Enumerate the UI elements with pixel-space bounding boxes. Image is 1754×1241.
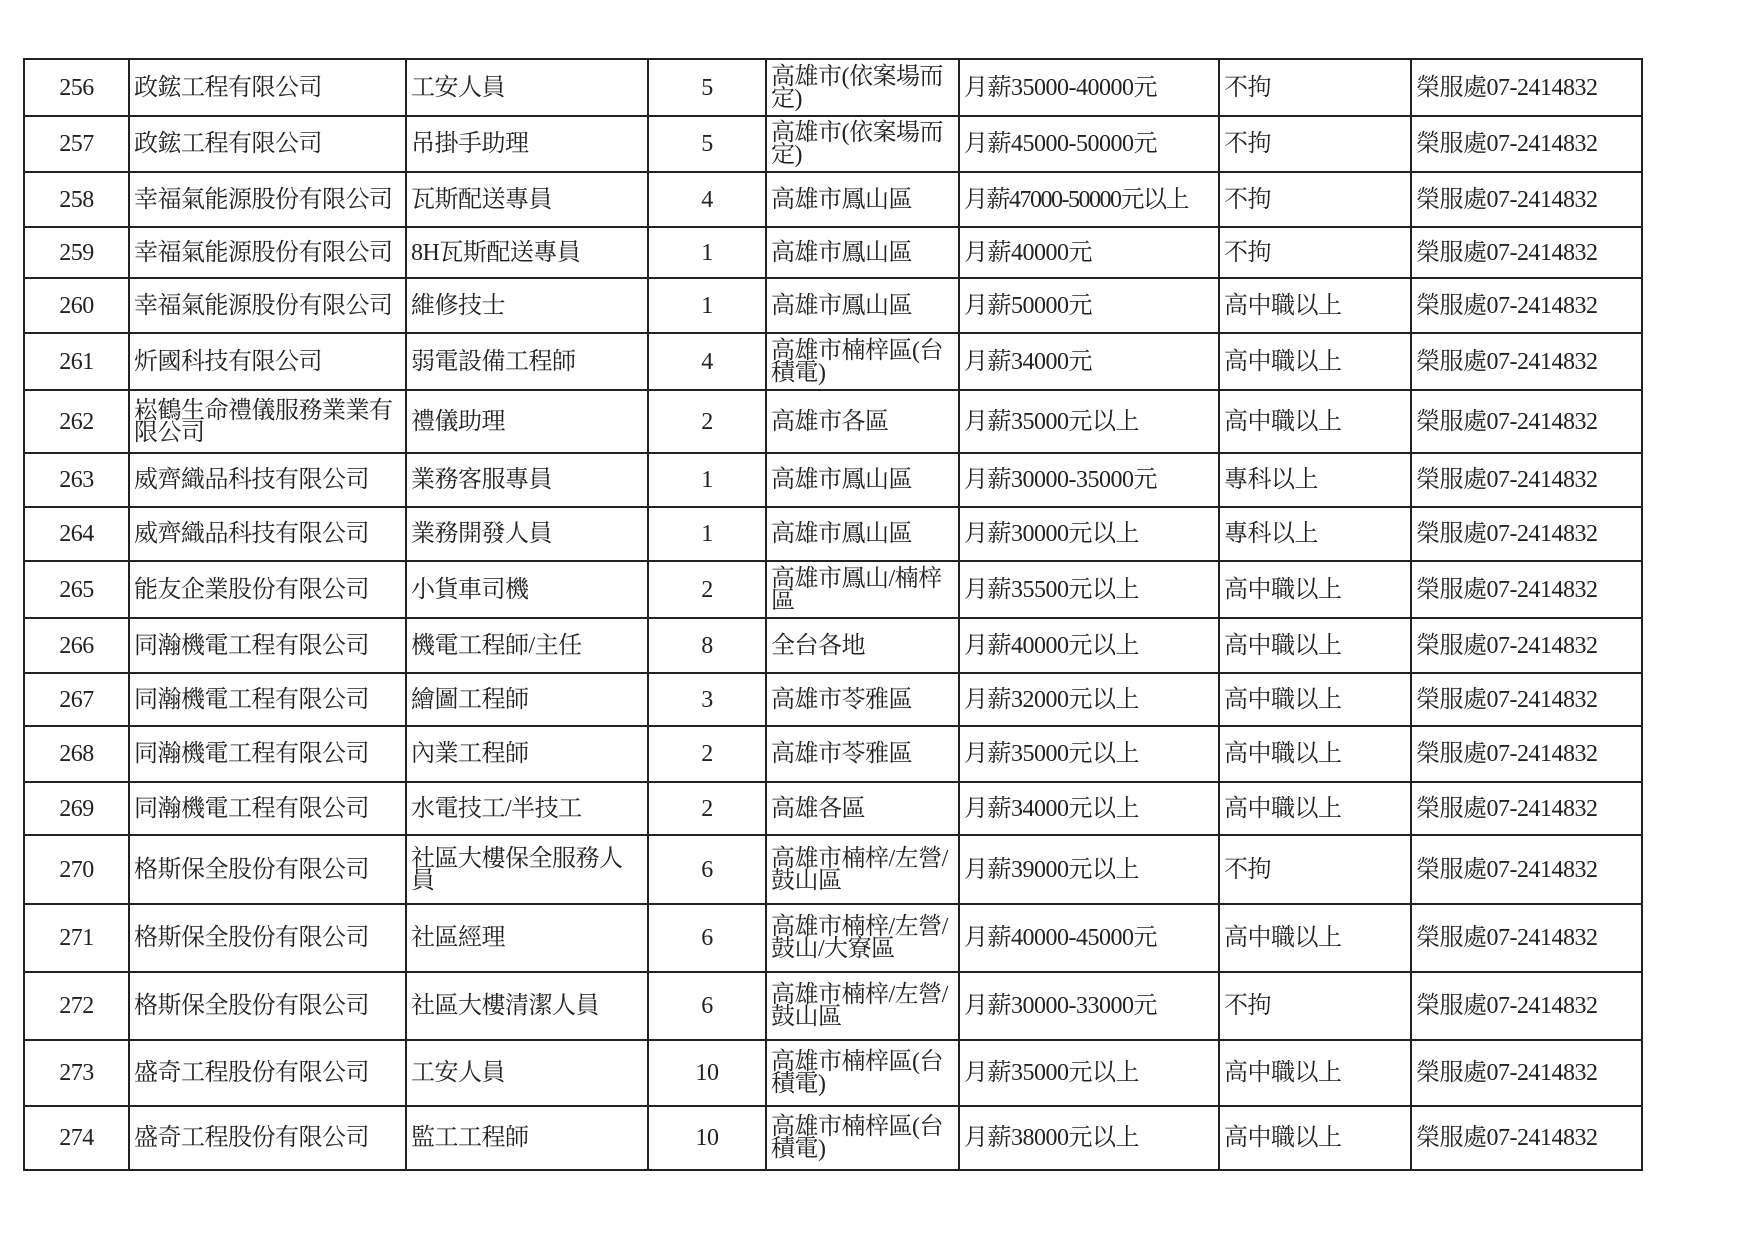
education-requirement: 不拘 [1219,116,1411,172]
table-row: 273盛奇工程股份有限公司工安人員10高雄市楠梓區(台積電)月薪35000元以上… [24,1040,1642,1106]
contact: 榮服處07-2414832 [1411,618,1642,673]
salary: 月薪35500元以上 [959,561,1219,618]
job-title: 機電工程師/主任 [406,618,648,673]
work-location: 高雄市鳳山區 [766,227,959,278]
job-title: 水電技工/半技工 [406,782,648,835]
job-title: 監工工程師 [406,1106,648,1170]
education-requirement: 高中職以上 [1219,278,1411,333]
contact: 榮服處07-2414832 [1411,1040,1642,1106]
openings-count: 2 [648,390,766,453]
work-location: 高雄市楠梓區(台積電) [766,1106,959,1170]
row-number: 256 [24,59,129,116]
education-requirement: 不拘 [1219,835,1411,904]
salary: 月薪40000-45000元 [959,904,1219,972]
openings-count: 2 [648,561,766,618]
table-row: 264威齊織品科技有限公司業務開發人員1高雄市鳳山區月薪30000元以上專科以上… [24,507,1642,561]
company-name: 同瀚機電工程有限公司 [129,782,406,835]
work-location: 高雄市楠梓/左營/鼓山/大寮區 [766,904,959,972]
table-row: 259幸福氣能源股份有限公司8H瓦斯配送專員1高雄市鳳山區月薪40000元不拘榮… [24,227,1642,278]
table-row: 272格斯保全股份有限公司社區大樓清潔人員6高雄市楠梓/左營/鼓山區月薪3000… [24,972,1642,1040]
openings-count: 8 [648,618,766,673]
openings-count: 4 [648,172,766,227]
row-number: 257 [24,116,129,172]
job-title: 吊掛手助理 [406,116,648,172]
company-name: 盛奇工程股份有限公司 [129,1106,406,1170]
job-title: 8H瓦斯配送專員 [406,227,648,278]
row-number: 269 [24,782,129,835]
work-location: 高雄市鳳山區 [766,453,959,507]
table-row: 267同瀚機電工程有限公司繪圖工程師3高雄市苓雅區月薪32000元以上高中職以上… [24,673,1642,726]
job-title: 內業工程師 [406,726,648,782]
education-requirement: 不拘 [1219,172,1411,227]
work-location: 高雄市楠梓/左營/鼓山區 [766,835,959,904]
contact: 榮服處07-2414832 [1411,278,1642,333]
row-number: 267 [24,673,129,726]
contact: 榮服處07-2414832 [1411,453,1642,507]
education-requirement: 高中職以上 [1219,618,1411,673]
work-location: 高雄市鳳山區 [766,278,959,333]
job-title: 工安人員 [406,1040,648,1106]
company-name: 格斯保全股份有限公司 [129,835,406,904]
openings-count: 1 [648,227,766,278]
row-number: 263 [24,453,129,507]
openings-count: 1 [648,453,766,507]
contact: 榮服處07-2414832 [1411,561,1642,618]
salary: 月薪39000元以上 [959,835,1219,904]
openings-count: 2 [648,782,766,835]
company-name: 盛奇工程股份有限公司 [129,1040,406,1106]
job-title: 業務開發人員 [406,507,648,561]
job-title: 工安人員 [406,59,648,116]
company-name: 幸福氣能源股份有限公司 [129,278,406,333]
row-number: 271 [24,904,129,972]
row-number: 265 [24,561,129,618]
row-number: 272 [24,972,129,1040]
education-requirement: 不拘 [1219,227,1411,278]
education-requirement: 不拘 [1219,59,1411,116]
work-location: 高雄市鳳山區 [766,507,959,561]
salary: 月薪38000元以上 [959,1106,1219,1170]
education-requirement: 高中職以上 [1219,904,1411,972]
company-name: 炘國科技有限公司 [129,333,406,390]
company-name: 同瀚機電工程有限公司 [129,726,406,782]
table-row: 258幸福氣能源股份有限公司瓦斯配送專員4高雄市鳳山區月薪47000-50000… [24,172,1642,227]
openings-count: 1 [648,507,766,561]
job-title: 業務客服專員 [406,453,648,507]
education-requirement: 專科以上 [1219,453,1411,507]
openings-count: 10 [648,1106,766,1170]
salary: 月薪35000元以上 [959,726,1219,782]
contact: 榮服處07-2414832 [1411,172,1642,227]
salary: 月薪30000-35000元 [959,453,1219,507]
work-location: 全台各地 [766,618,959,673]
job-title: 社區大樓保全服務人員 [406,835,648,904]
company-name: 政鋐工程有限公司 [129,116,406,172]
table-row: 263威齊織品科技有限公司業務客服專員1高雄市鳳山區月薪30000-35000元… [24,453,1642,507]
contact: 榮服處07-2414832 [1411,972,1642,1040]
salary: 月薪35000-40000元 [959,59,1219,116]
salary: 月薪34000元以上 [959,782,1219,835]
education-requirement: 專科以上 [1219,507,1411,561]
salary: 月薪40000元以上 [959,618,1219,673]
salary: 月薪45000-50000元 [959,116,1219,172]
table-row: 260幸福氣能源股份有限公司維修技士1高雄市鳳山區月薪50000元高中職以上榮服… [24,278,1642,333]
openings-count: 5 [648,116,766,172]
openings-count: 2 [648,726,766,782]
contact: 榮服處07-2414832 [1411,390,1642,453]
job-title: 禮儀助理 [406,390,648,453]
contact: 榮服處07-2414832 [1411,835,1642,904]
company-name: 政鋐工程有限公司 [129,59,406,116]
education-requirement: 高中職以上 [1219,333,1411,390]
openings-count: 4 [648,333,766,390]
salary: 月薪35000元以上 [959,390,1219,453]
openings-count: 10 [648,1040,766,1106]
work-location: 高雄市鳳山區 [766,172,959,227]
openings-count: 6 [648,972,766,1040]
salary: 月薪50000元 [959,278,1219,333]
table-row: 256政鋐工程有限公司工安人員5高雄市(依案場而定)月薪35000-40000元… [24,59,1642,116]
openings-count: 3 [648,673,766,726]
openings-count: 6 [648,904,766,972]
row-number: 261 [24,333,129,390]
salary: 月薪34000元 [959,333,1219,390]
table-row: 271格斯保全股份有限公司社區經理6高雄市楠梓/左營/鼓山/大寮區月薪40000… [24,904,1642,972]
job-title: 小貨車司機 [406,561,648,618]
table-row: 274盛奇工程股份有限公司監工工程師10高雄市楠梓區(台積電)月薪38000元以… [24,1106,1642,1170]
education-requirement: 高中職以上 [1219,1106,1411,1170]
row-number: 262 [24,390,129,453]
contact: 榮服處07-2414832 [1411,782,1642,835]
table-row: 257政鋐工程有限公司吊掛手助理5高雄市(依案場而定)月薪45000-50000… [24,116,1642,172]
job-title: 弱電設備工程師 [406,333,648,390]
company-name: 崧鶴生命禮儀服務業業有限公司 [129,390,406,453]
company-name: 格斯保全股份有限公司 [129,904,406,972]
work-location: 高雄市楠梓區(台積電) [766,1040,959,1106]
salary: 月薪35000元以上 [959,1040,1219,1106]
row-number: 266 [24,618,129,673]
education-requirement: 高中職以上 [1219,726,1411,782]
company-name: 格斯保全股份有限公司 [129,972,406,1040]
salary: 月薪30000元以上 [959,507,1219,561]
company-name: 能友企業股份有限公司 [129,561,406,618]
education-requirement: 高中職以上 [1219,1040,1411,1106]
job-listings-table: 256政鋐工程有限公司工安人員5高雄市(依案場而定)月薪35000-40000元… [23,58,1643,1171]
contact: 榮服處07-2414832 [1411,673,1642,726]
openings-count: 5 [648,59,766,116]
table-row: 268同瀚機電工程有限公司內業工程師2高雄市苓雅區月薪35000元以上高中職以上… [24,726,1642,782]
table-row: 265能友企業股份有限公司小貨車司機2高雄市鳳山/楠梓區月薪35500元以上高中… [24,561,1642,618]
work-location: 高雄市(依案場而定) [766,59,959,116]
contact: 榮服處07-2414832 [1411,116,1642,172]
contact: 榮服處07-2414832 [1411,227,1642,278]
salary: 月薪30000-33000元 [959,972,1219,1040]
row-number: 264 [24,507,129,561]
company-name: 威齊織品科技有限公司 [129,453,406,507]
row-number: 258 [24,172,129,227]
table-row: 270格斯保全股份有限公司社區大樓保全服務人員6高雄市楠梓/左營/鼓山區月薪39… [24,835,1642,904]
table-row: 266同瀚機電工程有限公司機電工程師/主任8全台各地月薪40000元以上高中職以… [24,618,1642,673]
work-location: 高雄各區 [766,782,959,835]
contact: 榮服處07-2414832 [1411,726,1642,782]
table-row: 262崧鶴生命禮儀服務業業有限公司禮儀助理2高雄市各區月薪35000元以上高中職… [24,390,1642,453]
work-location: 高雄市苓雅區 [766,726,959,782]
company-name: 同瀚機電工程有限公司 [129,673,406,726]
job-title: 維修技士 [406,278,648,333]
work-location: 高雄市各區 [766,390,959,453]
salary: 月薪47000-50000元以上 [959,172,1219,227]
salary: 月薪32000元以上 [959,673,1219,726]
row-number: 270 [24,835,129,904]
work-location: 高雄市鳳山/楠梓區 [766,561,959,618]
salary: 月薪40000元 [959,227,1219,278]
row-number: 259 [24,227,129,278]
work-location: 高雄市苓雅區 [766,673,959,726]
education-requirement: 高中職以上 [1219,561,1411,618]
contact: 榮服處07-2414832 [1411,1106,1642,1170]
work-location: 高雄市楠梓/左營/鼓山區 [766,972,959,1040]
openings-count: 6 [648,835,766,904]
education-requirement: 高中職以上 [1219,390,1411,453]
education-requirement: 高中職以上 [1219,782,1411,835]
job-listings-body: 256政鋐工程有限公司工安人員5高雄市(依案場而定)月薪35000-40000元… [24,59,1642,1170]
table-row: 269同瀚機電工程有限公司水電技工/半技工2高雄各區月薪34000元以上高中職以… [24,782,1642,835]
work-location: 高雄市(依案場而定) [766,116,959,172]
row-number: 260 [24,278,129,333]
job-title: 繪圖工程師 [406,673,648,726]
table-row: 261炘國科技有限公司弱電設備工程師4高雄市楠梓區(台積電)月薪34000元高中… [24,333,1642,390]
company-name: 幸福氣能源股份有限公司 [129,227,406,278]
openings-count: 1 [648,278,766,333]
contact: 榮服處07-2414832 [1411,507,1642,561]
education-requirement: 不拘 [1219,972,1411,1040]
contact: 榮服處07-2414832 [1411,59,1642,116]
company-name: 同瀚機電工程有限公司 [129,618,406,673]
work-location: 高雄市楠梓區(台積電) [766,333,959,390]
job-title: 瓦斯配送專員 [406,172,648,227]
contact: 榮服處07-2414832 [1411,333,1642,390]
row-number: 273 [24,1040,129,1106]
row-number: 268 [24,726,129,782]
job-title: 社區經理 [406,904,648,972]
row-number: 274 [24,1106,129,1170]
contact: 榮服處07-2414832 [1411,904,1642,972]
company-name: 威齊織品科技有限公司 [129,507,406,561]
job-title: 社區大樓清潔人員 [406,972,648,1040]
education-requirement: 高中職以上 [1219,673,1411,726]
company-name: 幸福氣能源股份有限公司 [129,172,406,227]
